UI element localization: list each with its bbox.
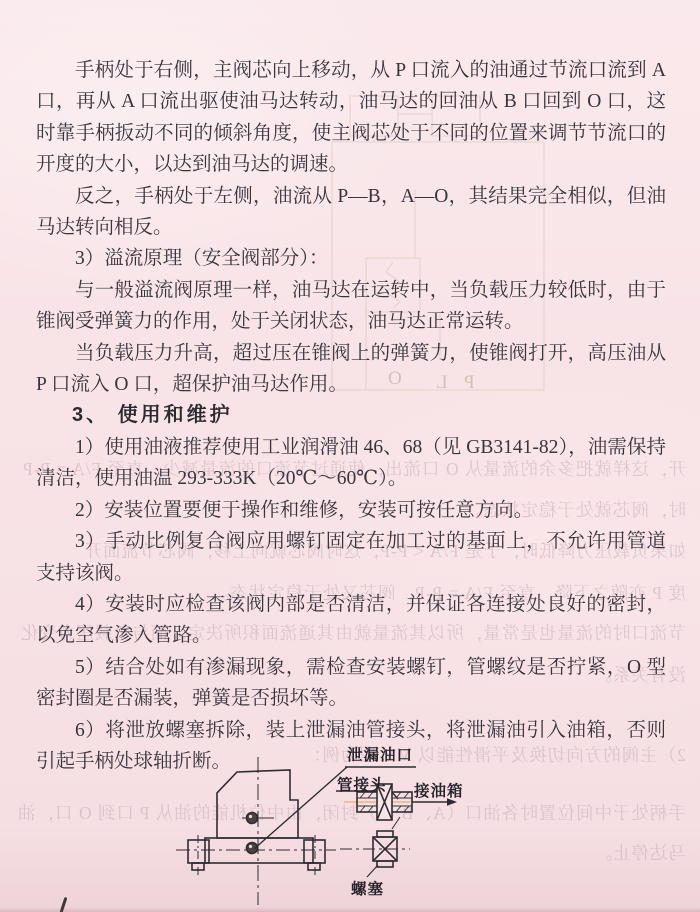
scanned-document-page: { "page": { "paper_color": "#f8e4e7", "i… [0,0,700,912]
paragraph: 反之，手柄处于左侧，油流从 P—B，A—O，其结果完全相似，但油马达转向相反。 [36,181,666,244]
figure-label-pipe-joint: 管接头 [337,773,387,795]
paragraph: 1）使用油液推荐使用工业润滑油 46、68（见 GB3141-82），油需保持清… [36,432,666,495]
figure-label-leak-port: 泄漏油口 [347,743,413,765]
page-bottom-shadow [0,907,700,912]
paragraph: 2）安装位置要便于操作和维修，安装可按任意方向。 [36,495,666,526]
figure-label-plug: 螺塞 [351,877,384,899]
paragraph: 3）手动比例复合阀应用螺钉固定在加工过的基面上，不允许用管道支持该阀。 [36,526,666,589]
paragraph: 4）安装时应检查该阀内部是否清洁，并保证各连接处良好的密封，以免空气渗入管路。 [36,589,666,652]
figure-label-to-tank: 接油箱 [414,779,464,801]
page-body-text: 手柄处于右侧，主阀芯向上移动，从 P 口流入的油通过节流口流到 A 口，再从 A… [36,55,666,777]
section-heading: 3、 使用和维护 [36,400,666,431]
paragraph: 3）溢流原理（安全阀部分）： [36,243,666,274]
paragraph: 当负载压力升高，超过压在锥阀上的弹簧力，使锥阀打开，高压油从 P 口流入 O 口… [36,338,666,401]
leak-line-figure: 泄漏油口 管接头 接油箱 螺塞 [148,735,578,910]
paragraph: 手柄处于右侧，主阀芯向上移动，从 P 口流入的油通过节流口流到 A 口，再从 A… [36,55,666,181]
screw-plug-drawing [340,831,410,877]
paragraph: 与一般溢流阀原理一样，油马达在运转中，当负载压力较低时，由于锥阀受弹簧力的作用，… [36,275,666,338]
valve-body-drawing [176,757,336,905]
paragraph: 5）结合处如有渗漏现象，需检查安装螺钉，管螺纹是否拧紧，O 型密封圈是否漏装，弹… [36,652,666,715]
